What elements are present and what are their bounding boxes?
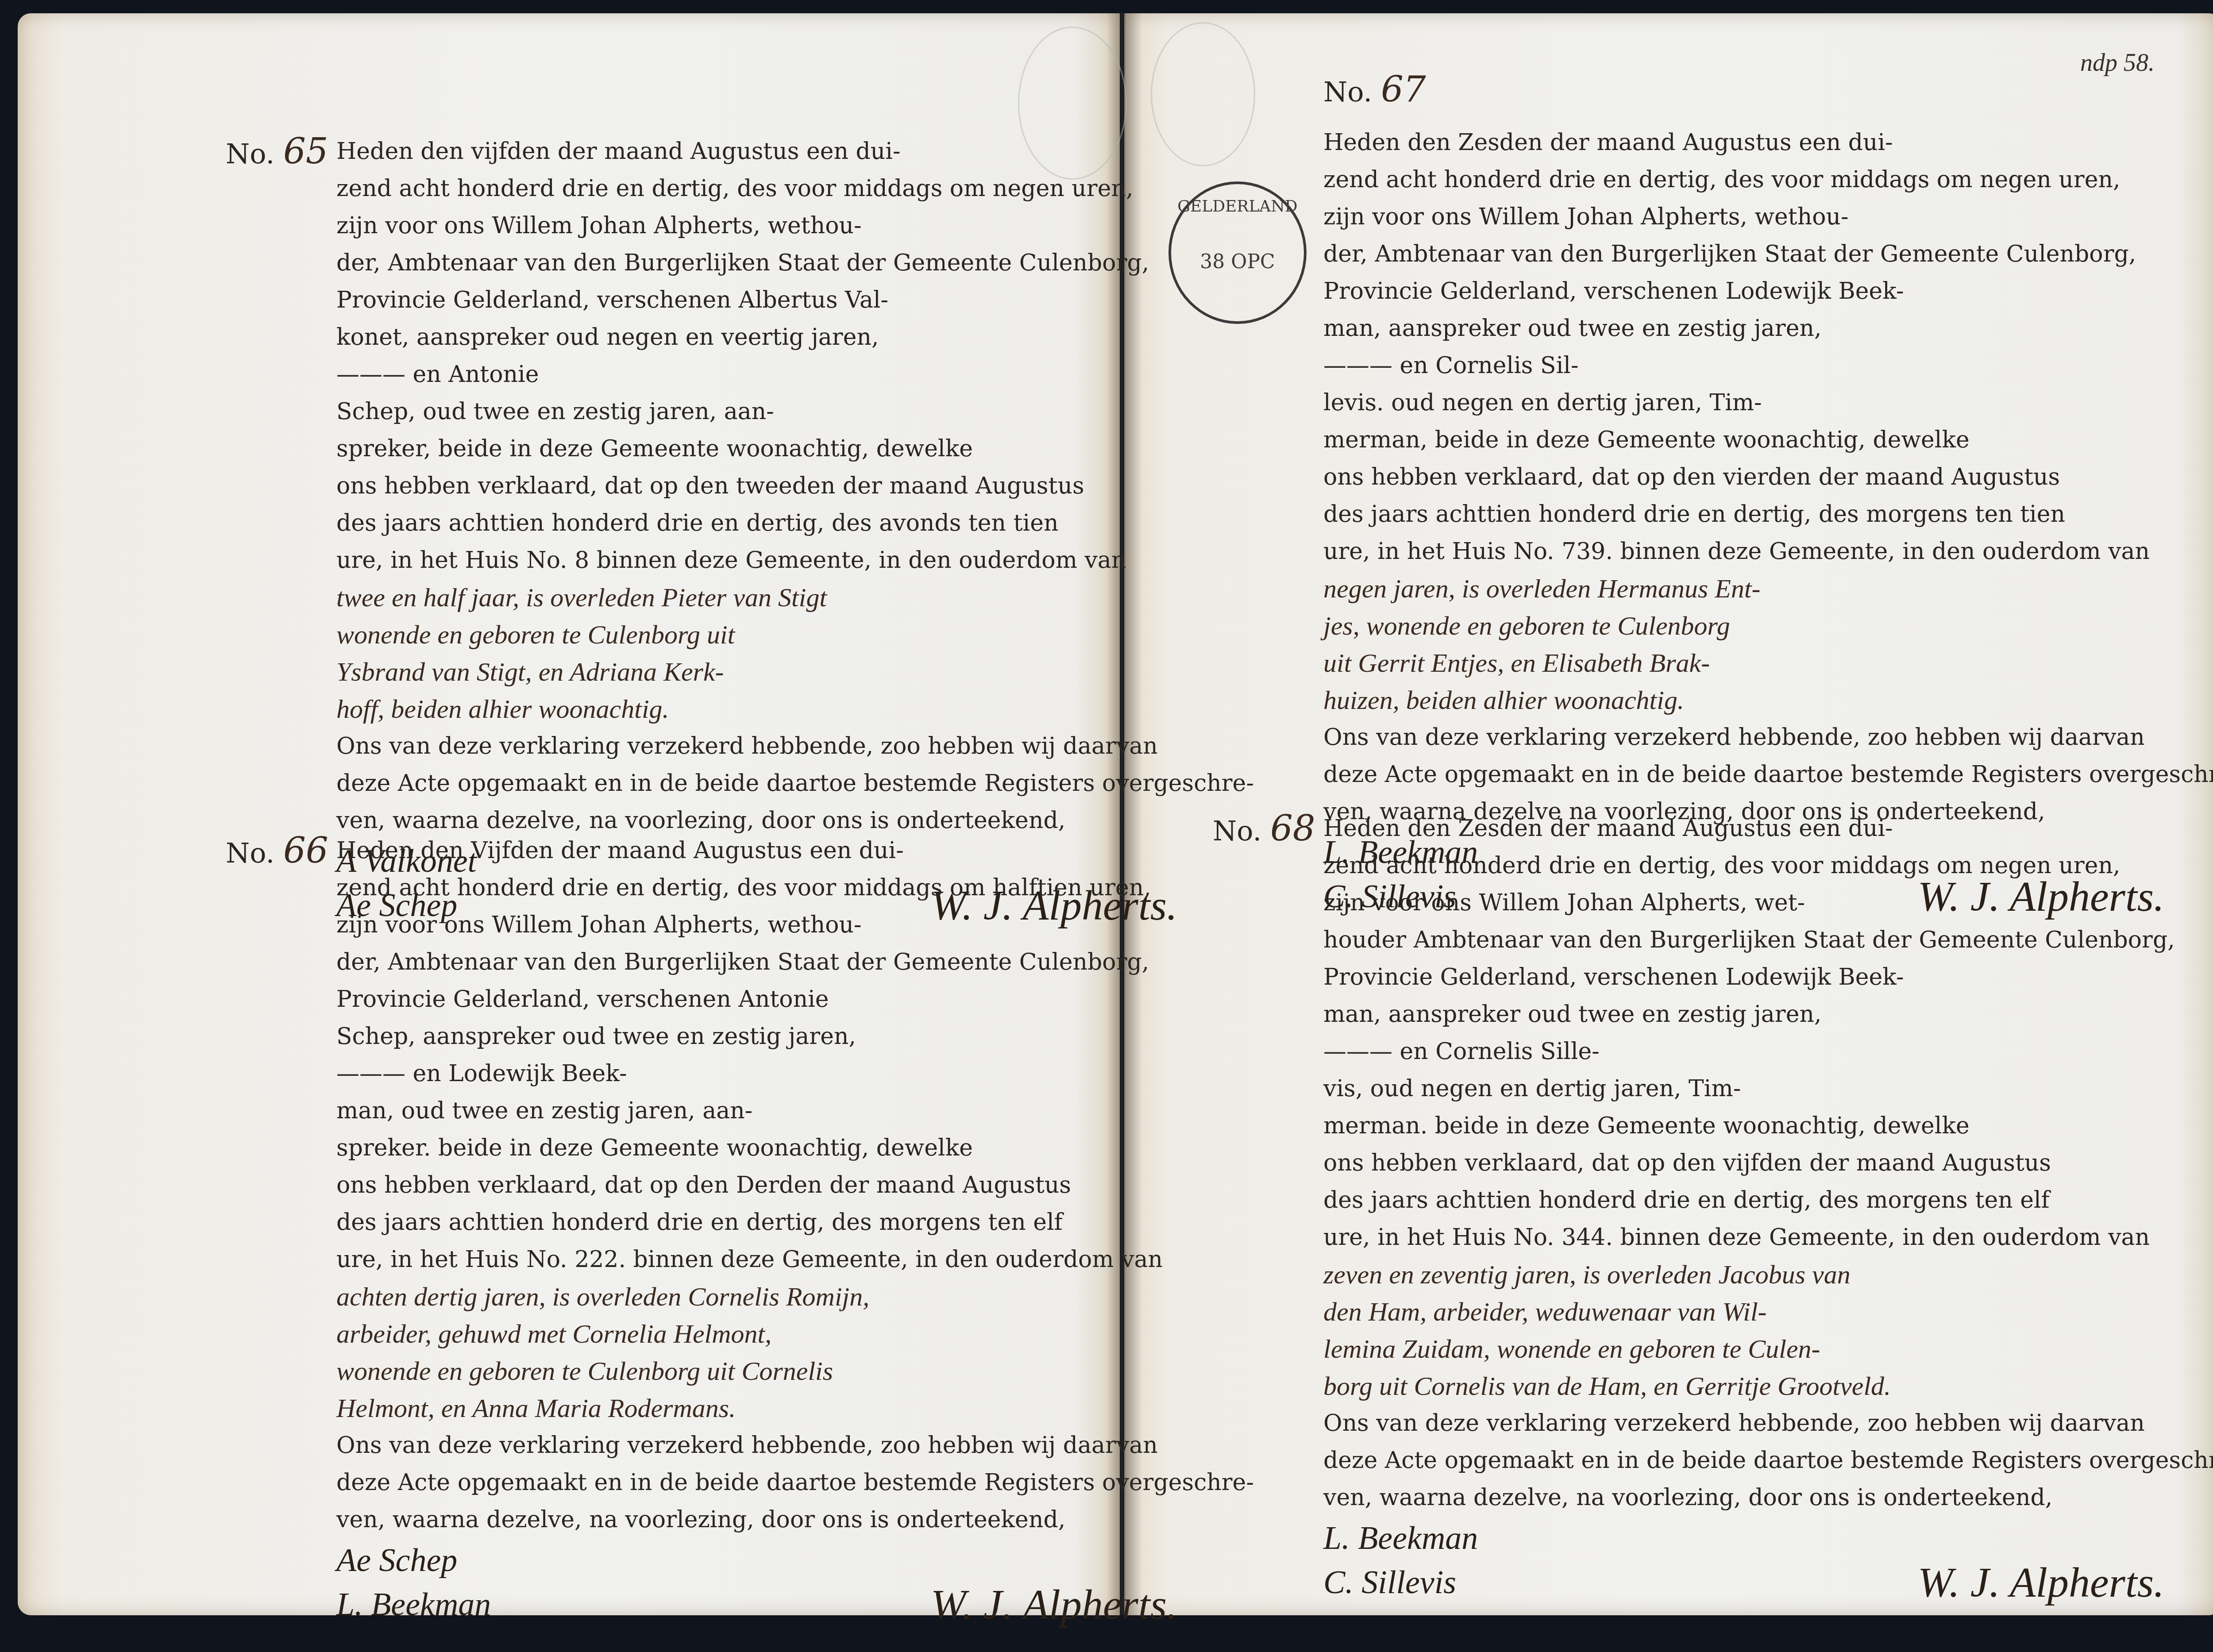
record-line: jes, wonende en geboren te Culenborg: [1323, 607, 2191, 644]
record-line: spreker, beide in deze Gemeente woonacht…: [336, 430, 1204, 467]
record-entry-66: No. 66 Heden den Vijfden der maand Augus…: [336, 832, 1204, 1627]
record-line: ——— en Cornelis Sil-: [1323, 347, 2191, 384]
record-line: ——— en Cornelis Sille-: [1323, 1033, 2191, 1070]
record-line: ons hebben verklaard, dat op den tweeden…: [336, 467, 1204, 504]
record-line: Ysbrand van Stigt, en Adriana Kerk-: [336, 653, 1204, 690]
record-line: wonende en geboren te Culenborg uit: [336, 616, 1204, 653]
record-line: merman. beide in deze Gemeente woonachti…: [1323, 1107, 2191, 1144]
record-line: konet, aanspreker oud negen en veertig j…: [336, 319, 1204, 356]
record-number: No. 68: [1213, 810, 1315, 850]
record-line: achten dertig jaren, is overleden Cornel…: [336, 1278, 1204, 1315]
record-line: merman, beide in deze Gemeente woonachti…: [1323, 421, 2191, 458]
record-line: negen jaren, is overleden Hermanus Ent-: [1323, 570, 2191, 607]
record-number: No. 67: [1323, 71, 1426, 111]
record-line: zijn voor ons Willem Johan Alpherts, wet…: [1323, 884, 2191, 921]
witness-signature: L. Beekman: [1323, 1516, 2191, 1560]
record-line: Heden den Zesden der maand Augustus een …: [1323, 810, 2191, 847]
record-entry-65: No. 65 Heden den vijfden der maand Augus…: [336, 133, 1204, 928]
record-line: zijn voor ons Willem Johan Alpherts, wet…: [1323, 198, 2191, 235]
record-line: ——— en Antonie: [336, 356, 1204, 393]
record-line: Heden den Vijfden der maand Augustus een…: [336, 832, 1204, 869]
record-line: ons hebben verklaard, dat op den vierden…: [1323, 458, 2191, 496]
record-line: der, Ambtenaar van den Burgerlijken Staa…: [1323, 235, 2191, 273]
record-line: ons hebben verklaard, dat op den vijfden…: [1323, 1144, 2191, 1182]
record-line: deze Acte opgemaakt en in de beide daart…: [336, 765, 1204, 802]
record-line: der, Ambtenaar van den Burgerlijken Staa…: [336, 244, 1204, 281]
record-line: Provincie Gelderland, verschenen Lodewij…: [1323, 273, 2191, 310]
record-line: wonende en geboren te Culenborg uit Corn…: [336, 1352, 1204, 1390]
record-line: huizen, beiden alhier woonachtig.: [1323, 682, 2191, 719]
record-line: zijn voor ons Willem Johan Alpherts, wet…: [336, 207, 1204, 244]
record-line: Schep, oud twee en zestig jaren, aan-: [336, 393, 1204, 430]
record-line: des jaars achttien honderd drie en derti…: [336, 504, 1204, 542]
record-entry-68: No. 68 Heden den Zesden der maand August…: [1323, 810, 2191, 1605]
record-line: Schep, aanspreker oud twee en zestig jar…: [336, 1018, 1204, 1055]
record-line: vis, oud negen en dertig jaren, Tim-: [1323, 1070, 2191, 1107]
record-line: twee en half jaar, is overleden Pieter v…: [336, 579, 1204, 616]
record-line: ven, waarna dezelve, na voorlezing, door…: [1323, 1479, 2191, 1516]
record-line: des jaars achttien honderd drie en derti…: [1323, 496, 2191, 533]
record-line: ven, waarna dezelve, na voorlezing, door…: [336, 1501, 1204, 1538]
record-line: ——— en Lodewijk Beek-: [336, 1055, 1204, 1092]
record-line: Ons van deze verklaring verzekerd hebben…: [1323, 1405, 2191, 1442]
record-line: zijn voor ons Willem Johan Alpherts, wet…: [336, 906, 1204, 943]
record-line: hoff, beiden alhier woonachtig.: [336, 690, 1204, 728]
record-line: Ons van deze verklaring verzekerd hebben…: [336, 728, 1204, 765]
record-line: ons hebben verklaard, dat op den Derden …: [336, 1167, 1204, 1204]
record-line: Ons van deze verklaring verzekerd hebben…: [336, 1427, 1204, 1464]
record-line: deze Acte opgemaakt en in de beide daart…: [1323, 1442, 2191, 1479]
record-line: Helmont, en Anna Maria Rodermans.: [336, 1390, 1204, 1427]
record-line: houder Ambtenaar van den Burgerlijken St…: [1323, 921, 2191, 959]
record-line: borg uit Cornelis van de Ham, en Gerritj…: [1323, 1367, 2191, 1405]
record-line: ure, in het Huis No. 739. binnen deze Ge…: [1323, 533, 2191, 570]
record-line: man, aanspreker oud twee en zestig jaren…: [1323, 310, 2191, 347]
record-line: zend acht honderd drie en dertig, des vo…: [336, 170, 1204, 207]
record-line: lemina Zuidam, wonende en geboren te Cul…: [1323, 1330, 2191, 1367]
record-line: den Ham, arbeider, weduwenaar van Wil-: [1323, 1293, 2191, 1330]
record-line: des jaars achttien honderd drie en derti…: [336, 1204, 1204, 1241]
record-line: Provincie Gelderland, verschenen Antonie: [336, 981, 1204, 1018]
record-line: ure, in het Huis No. 8 binnen deze Gemee…: [336, 542, 1204, 579]
record-line: ure, in het Huis No. 222. binnen deze Ge…: [336, 1241, 1204, 1278]
page-number-annotation: ndp 58.: [2080, 49, 2155, 77]
record-line: deze Acte opgemaakt en in de beide daart…: [336, 1464, 1204, 1501]
record-line: Heden den vijfden der maand Augustus een…: [336, 133, 1204, 170]
record-line: zend acht honderd drie en dertig, des vo…: [1323, 161, 2191, 198]
record-line: man, oud twee en zestig jaren, aan-: [336, 1092, 1204, 1129]
record-line: Provincie Gelderland, verschenen Lodewij…: [1323, 959, 2191, 996]
record-line: man, aanspreker oud twee en zestig jaren…: [1323, 996, 2191, 1033]
record-line: zend acht honderd drie en dertig, des vo…: [1323, 847, 2191, 884]
record-line: uit Gerrit Entjes, en Elisabeth Brak-: [1323, 644, 2191, 682]
record-line: der, Ambtenaar van den Burgerlijken Staa…: [336, 943, 1204, 981]
record-line: des jaars achttien honderd drie en derti…: [1323, 1182, 2191, 1219]
record-line: ure, in het Huis No. 344. binnen deze Ge…: [1323, 1219, 2191, 1256]
record-line: levis. oud negen en dertig jaren, Tim-: [1323, 384, 2191, 421]
record-line: zeven en zeventig jaren, is overleden Ja…: [1323, 1256, 2191, 1293]
record-line: spreker. beide in deze Gemeente woonacht…: [336, 1129, 1204, 1167]
record-line: deze Acte opgemaakt en in de beide daart…: [1323, 756, 2191, 793]
record-line: zend acht honderd drie en dertig, des vo…: [336, 869, 1204, 906]
record-line: Ons van deze verklaring verzekerd hebben…: [1323, 719, 2191, 756]
record-number: No. 66: [226, 832, 328, 872]
record-line: arbeider, gehuwd met Cornelia Helmont,: [336, 1315, 1204, 1352]
record-entry-67: No. 67 Heden den Zesden der maand August…: [1323, 124, 2191, 919]
record-line: Heden den Zesden der maand Augustus een …: [1323, 124, 2191, 161]
record-number: No. 65: [226, 133, 328, 173]
record-line: Provincie Gelderland, verschenen Albertu…: [336, 281, 1204, 319]
witness-signature: Ae Schep: [336, 1538, 1204, 1583]
